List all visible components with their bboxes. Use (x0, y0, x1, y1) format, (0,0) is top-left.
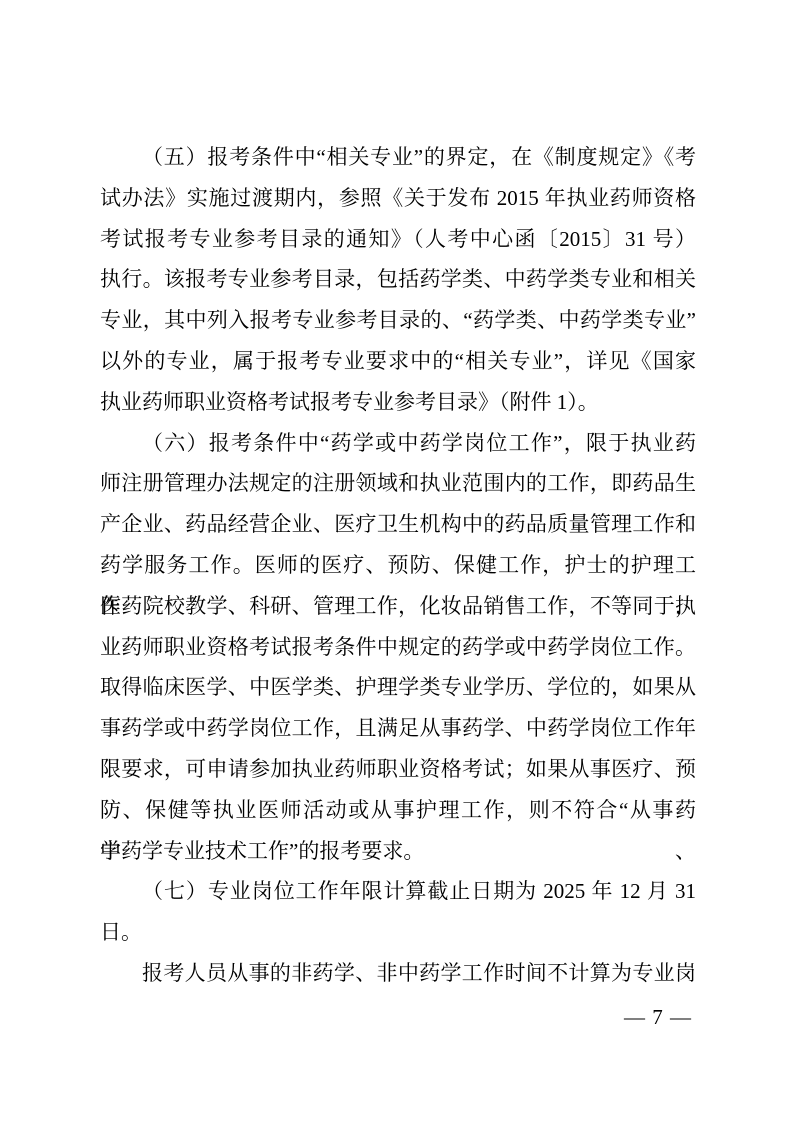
text-line: 专业，其中列入报考专业参考目录的、“药学类、中药学类专业” (100, 300, 696, 341)
text-line: 业药师职业资格考试报考条件中规定的药学或中药学岗位工作。 (100, 627, 696, 668)
text-line: 药学服务工作。医师的医疗、预防、保健工作，护士的护理工作， (100, 545, 696, 586)
text-line: 日。 (100, 912, 696, 953)
text-line: 限要求，可申请参加执业药师职业资格考试；如果从事医疗、预 (100, 749, 696, 790)
text-line: （七）专业岗位工作年限计算截止日期为 2025 年 12 月 31 (100, 871, 696, 912)
text-line: 考试报考专业参考目录的通知》（人考中心函〔2015〕31 号） (100, 219, 696, 260)
text-line: （五）报考条件中“相关专业”的界定，在《制度规定》《考 (100, 137, 696, 178)
document-page: （五）报考条件中“相关专业”的界定，在《制度规定》《考 试办法》实施过渡期内，参… (0, 0, 794, 1123)
page-number: — 7 — (624, 1004, 692, 1030)
text-line: 事药学或中药学岗位工作，且满足从事药学、中药学岗位工作年 (100, 708, 696, 749)
text-line: 执业药师职业资格考试报考专业参考目录》（附件 1）。 (100, 382, 696, 423)
text-line: 报考人员从事的非药学、非中药学工作时间不计算为专业岗 (100, 953, 696, 994)
text-line: 取得临床医学、中医学类、护理学类专业学历、学位的，如果从 (100, 667, 696, 708)
text-line: 师注册管理办法规定的注册领域和执业范围内的工作，即药品生 (100, 463, 696, 504)
text-line: 产企业、药品经营企业、医疗卫生机构中的药品质量管理工作和 (100, 504, 696, 545)
text-line: 试办法》实施过渡期内，参照《关于发布 2015 年执业药师资格 (100, 178, 696, 219)
text-line: 防、保健等执业医师活动或从事护理工作，则不符合“从事药学、 (100, 790, 696, 831)
text-line: （六）报考条件中“药学或中药学岗位工作”，限于执业药 (100, 423, 696, 464)
text-line: 医药院校教学、科研、管理工作，化妆品销售工作，不等同于执 (100, 586, 696, 627)
document-body: （五）报考条件中“相关专业”的界定，在《制度规定》《考 试办法》实施过渡期内，参… (100, 137, 696, 994)
text-line: 执行。该报考专业参考目录，包括药学类、中药学类专业和相关 (100, 259, 696, 300)
text-line: 以外的专业，属于报考专业要求中的“相关专业”，详见《国家 (100, 341, 696, 382)
